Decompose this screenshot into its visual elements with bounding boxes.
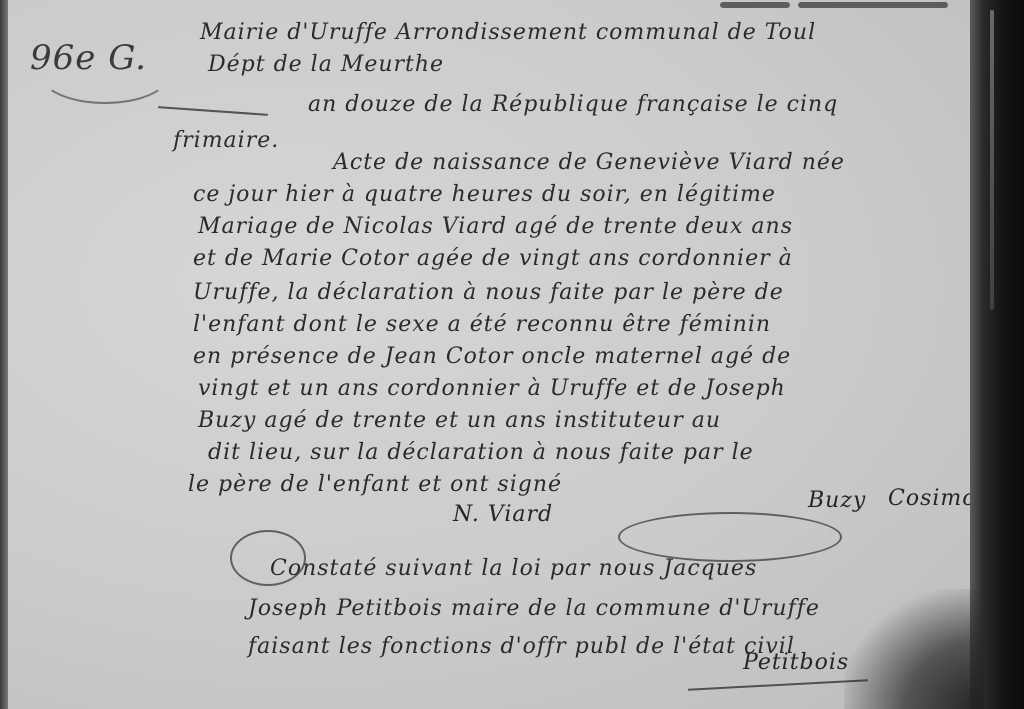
- document-page: 96e G. Mairie d'Uruffe Arrondissement co…: [8, 0, 976, 709]
- top-ink-smudge: [798, 2, 948, 8]
- top-ink-smudge: [720, 2, 790, 8]
- attestation-line-3: faisant les fonctions d'offr publ de l'é…: [248, 634, 795, 659]
- binding-highlight: [990, 10, 994, 310]
- header-line-2: Dépt de la Meurthe: [208, 52, 444, 77]
- body-line-11: Buzy agé de trente et un ans instituteur…: [198, 408, 721, 433]
- body-line-1: an douze de la République française le c…: [308, 92, 838, 117]
- body-line-6: et de Marie Cotor agée de vingt ans cord…: [193, 246, 793, 271]
- body-line-10: vingt et un ans cordonnier à Uruffe et d…: [198, 376, 786, 401]
- header-flourish: [158, 106, 268, 116]
- margin-flourish: [38, 40, 172, 104]
- body-line-3: Acte de naissance de Geneviève Viard née: [333, 150, 845, 175]
- body-line-2: frimaire.: [173, 128, 279, 153]
- corner-shadow: [844, 589, 984, 709]
- signature-flourish: [618, 512, 842, 562]
- body-line-9: en présence de Jean Cotor oncle maternel…: [193, 344, 791, 369]
- signature-father: N. Viard: [453, 502, 553, 527]
- body-line-5: Mariage de Nicolas Viard agé de trente d…: [198, 214, 793, 239]
- signature-mayor: Petitbois: [743, 650, 849, 675]
- attestation-line-2: Joseph Petitbois maire de la commune d'U…: [248, 596, 820, 621]
- body-line-7: Uruffe, la déclaration à nous faite par …: [193, 280, 784, 305]
- scan-left-edge: [0, 0, 8, 709]
- body-line-4: ce jour hier à quatre heures du soir, en…: [193, 182, 776, 207]
- attestation-line-1: Constaté suivant la loi par nous Jacques: [270, 556, 757, 581]
- body-line-12: dit lieu, sur la déclaration à nous fait…: [208, 440, 754, 465]
- header-line-1: Mairie d'Uruffe Arrondissement communal …: [200, 20, 816, 45]
- body-line-8: l'enfant dont le sexe a été reconnu être…: [193, 312, 771, 337]
- body-line-13: le père de l'enfant et ont signé: [188, 472, 562, 497]
- mayor-signature-underline: [688, 679, 868, 690]
- signature-witness-buzy: Buzy: [808, 488, 866, 513]
